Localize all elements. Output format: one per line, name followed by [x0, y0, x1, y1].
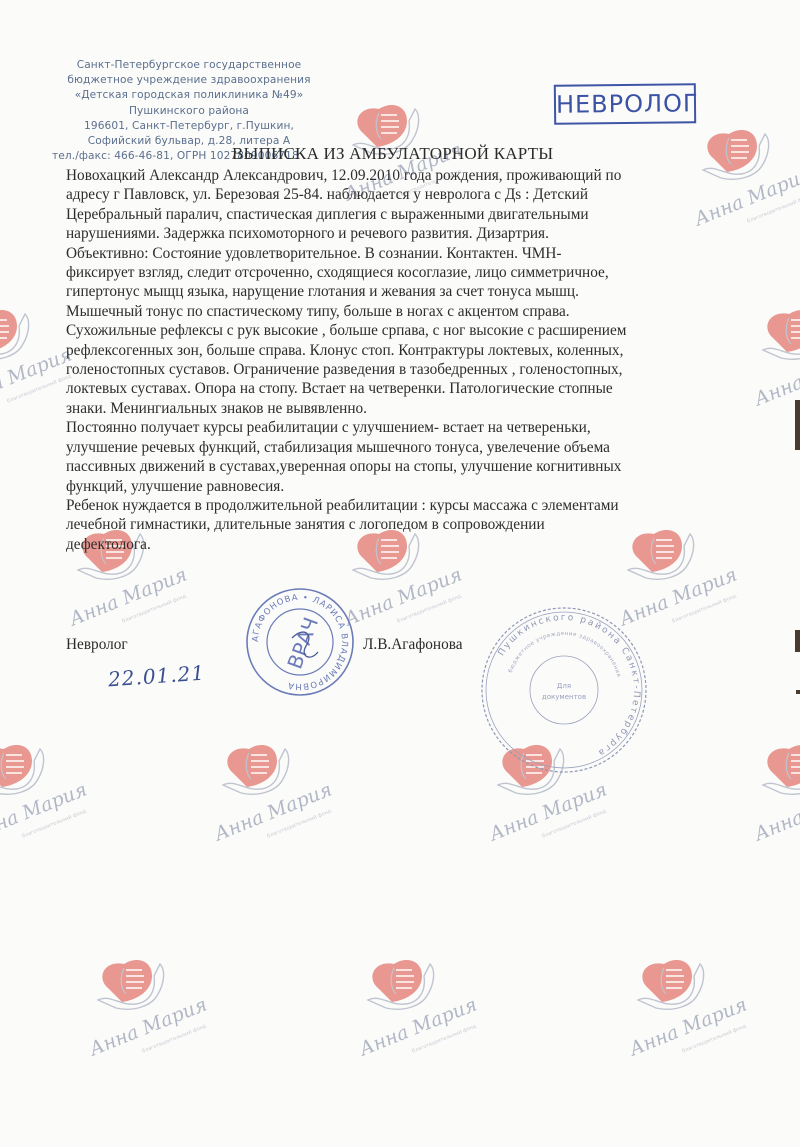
body-line: знаки. Менингиальных знаков не вывявленн…	[66, 399, 766, 418]
svg-text:Для: Для	[557, 682, 571, 690]
org-line: Санкт-Петербургское государственное	[58, 58, 320, 73]
body-line: Объективно: Состояние удовлетворительное…	[66, 244, 766, 263]
org-line: 196601, Санкт-Петербург, г.Пушкин,	[58, 119, 320, 134]
handwritten-date: 22.01.21	[107, 661, 206, 692]
body-line: Мышечный тонус по спастическому типу, бо…	[66, 302, 766, 321]
document-title: ВЫПИСКА ИЗ АМБУЛАТОРНОЙ КАРТЫ	[232, 144, 553, 164]
body-line: голеностопных суставов. Ограничение разв…	[66, 360, 766, 379]
watermark-logo: Анна Марияблаготворительный фонд	[620, 950, 770, 1070]
watermark-logo: Анна Марияблаготворительный фонд	[745, 735, 800, 855]
department-stamp: НЕВРОЛОГ	[554, 83, 696, 124]
body-line: гипертонус мыщц языка, нарущение глотани…	[66, 282, 766, 301]
svg-text:документов: документов	[542, 693, 586, 701]
org-line: «Детская городская поликлиника №49»	[58, 88, 320, 103]
heart-hand-icon	[755, 735, 800, 805]
body-line: Сухожильные рефлексы с рук высокие , бол…	[66, 321, 766, 340]
body-line: адресу г Павловск, ул. Березовая 25-84. …	[66, 185, 766, 204]
institution-stamp: Пушкинского района Санкт-Петербурга бюдж…	[478, 604, 650, 776]
svg-text:ВРАЧ: ВРАЧ	[282, 614, 323, 672]
body-line: Ребенок нуждается в продолжительной реаб…	[66, 496, 766, 515]
body-line: лечебной гимнастики, длительные занятия …	[66, 515, 766, 534]
org-line: Пушкинского района	[58, 104, 320, 119]
signature-role: Невролог	[66, 636, 128, 654]
body-line: дефектолога.	[66, 535, 766, 554]
body-line: функций, улучшение равновесия.	[66, 477, 766, 496]
body-line: Новохацкий Александр Александрович, 12.0…	[66, 166, 766, 185]
watermark-logo: Анна Марияблаготворительный фонд	[205, 735, 355, 855]
watermark-logo: Анна Марияблаготворительный фонд	[80, 950, 230, 1070]
watermark-logo: Анна Марияблаготворительный фонд	[0, 735, 110, 855]
signature-name: Л.В.Агафонова	[363, 636, 463, 654]
body-line: улучшение речевых функций, стабилизация …	[66, 438, 766, 457]
scan-edge-mark	[795, 400, 800, 450]
body-line: Церебральный паралич, спастическая дипле…	[66, 205, 766, 224]
svg-text:бюджетное учреждение здравоохр: бюджетное учреждение здравоохранения	[508, 631, 622, 678]
doctor-stamp: АГАФОНОВА • ЛАРИСА ВЛАДИМИРОВНА ВРАЧ	[244, 586, 356, 698]
body-line: Постоянно получает курсы реабилитации с …	[66, 418, 766, 437]
body-line: рефлексогенных зон, больше справа. Клону…	[66, 341, 766, 360]
scan-edge-mark	[796, 690, 800, 694]
watermark-logo: Анна Марияблаготворительный фонд	[350, 950, 500, 1070]
body-line: локтевых суставах. Опора на стопу. Встае…	[66, 379, 766, 398]
body-line: нарушениями. Задержка психомоторного и р…	[66, 224, 766, 243]
document-body: Новохацкий Александр Александрович, 12.0…	[66, 166, 766, 554]
scan-edge-mark	[795, 630, 800, 652]
org-line: бюджетное учреждение здравоохранения	[58, 73, 320, 88]
body-line: фиксирует взгляд, следит отсроченно, схо…	[66, 263, 766, 282]
body-line: пассивных движений в суставах,уверенная …	[66, 457, 766, 476]
